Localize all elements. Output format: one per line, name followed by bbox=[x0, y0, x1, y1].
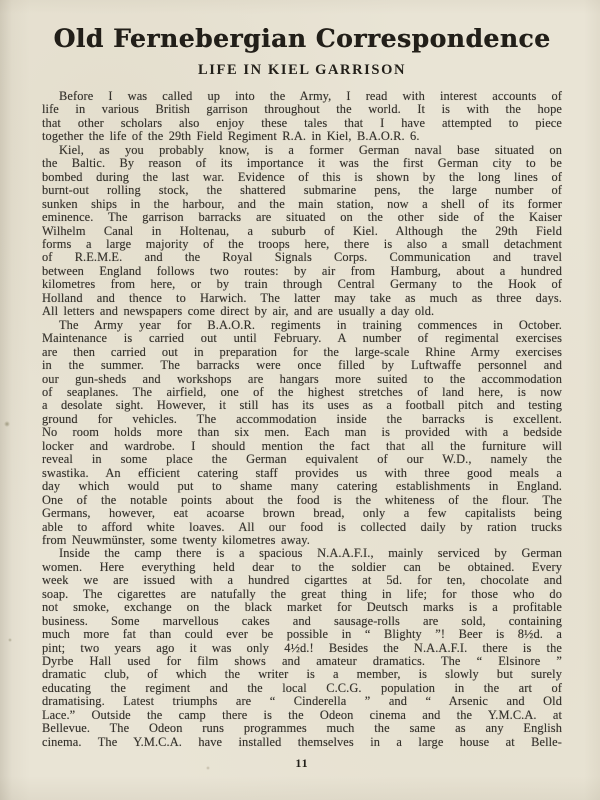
text-line: life in various British garrison through… bbox=[42, 103, 562, 116]
text-line: able to afford white loaves. All our foo… bbox=[42, 521, 562, 534]
text-line: Kiel, as you probably know, is a former … bbox=[42, 144, 562, 157]
text-line: are then carried out in preparation for … bbox=[42, 346, 562, 359]
text-line: The Army year for B.A.O.R. regiments in … bbox=[42, 319, 562, 332]
text-line: dramatic club, of which the writer is a … bbox=[42, 668, 562, 681]
text-line: women. Here everything held dear to the … bbox=[42, 561, 562, 574]
text-line: business. Some marvellous cakes and saus… bbox=[42, 615, 562, 628]
text-line: Holland and thence to Harwich. The latte… bbox=[42, 292, 562, 305]
text-line: cinema. The Y.M.C.A. have installed them… bbox=[42, 736, 562, 749]
text-line: One of the notable points about the food… bbox=[42, 494, 562, 507]
text-line: soap. The cigarettes are natufally the g… bbox=[42, 588, 562, 601]
text-line: of seaplanes. The airfield, one of the h… bbox=[42, 386, 562, 399]
page-title: Old Fernebergian Correspondence bbox=[42, 24, 562, 54]
text-line: of R.E.M.E. and the Royal Signals Corps.… bbox=[42, 251, 562, 264]
text-line: week we are issued with a hundred cigart… bbox=[42, 574, 562, 587]
scanned-page: Old Fernebergian Correspondence LIFE IN … bbox=[0, 0, 600, 800]
text-line: Dyrbe Hall used for film shows and amate… bbox=[42, 655, 562, 668]
text-line: much more fat than could ever be possibl… bbox=[42, 628, 562, 641]
text-line: Wilhelm Canal in Holtenau, a suburb of K… bbox=[42, 225, 562, 238]
text-line: swastika. An efficient catering staff pr… bbox=[42, 467, 562, 480]
text-line: kilometres from here, or by train throug… bbox=[42, 278, 562, 291]
article-body: Before I was called up into the Army, I … bbox=[42, 90, 562, 749]
text-line: that other scholars also enjoy these tal… bbox=[42, 117, 562, 130]
article: Old Fernebergian Correspondence LIFE IN … bbox=[42, 24, 562, 771]
text-line: burnt-out rolling stock, the shattered s… bbox=[42, 184, 562, 197]
text-line: from Neuwmünster, some twenty kilometres… bbox=[42, 534, 562, 547]
text-line: Germans, however, eat acoarse brown brea… bbox=[42, 507, 562, 520]
text-line: All letters and newspapers come direct b… bbox=[42, 305, 562, 318]
text-line: educating the regiment and the local C.C… bbox=[42, 682, 562, 695]
text-line: Before I was called up into the Army, I … bbox=[42, 90, 562, 103]
text-line: locker and wardrobe. I should mention th… bbox=[42, 440, 562, 453]
text-line: day which would put to shame many cateri… bbox=[42, 480, 562, 493]
text-line: forms a large majority of the troops her… bbox=[42, 238, 562, 251]
text-line: our gun-sheds and workshops are hangars … bbox=[42, 373, 562, 386]
text-line: sunken ships in the harbour, and the mai… bbox=[42, 198, 562, 211]
text-line: Lace.” Outside the camp there is the Ode… bbox=[42, 709, 562, 722]
text-line: No room holds more than six men. Each ma… bbox=[42, 426, 562, 439]
text-line: Maintenance is carried out until Februar… bbox=[42, 332, 562, 345]
text-line: eminence. The garrison barracks are situ… bbox=[42, 211, 562, 224]
text-line: dramatising. Latest triumphs are “ Cinde… bbox=[42, 695, 562, 708]
text-line: the Baltic. By reason of its importance … bbox=[42, 157, 562, 170]
text-line: reveal in some place the German equivale… bbox=[42, 453, 562, 466]
text-line: bombed during the last war. Evidence of … bbox=[42, 171, 562, 184]
text-line: not smoke, exchange on the black market … bbox=[42, 601, 562, 614]
text-line: a desolate sight. However, it still has … bbox=[42, 399, 562, 412]
article-heading: LIFE IN KIEL GARRISON bbox=[42, 61, 562, 79]
text-line: Inside the camp there is a spacious N.A.… bbox=[42, 547, 562, 560]
text-line: pint; two years ago it was only 4½d.! Be… bbox=[42, 642, 562, 655]
text-line: ground for vehicles. The accommodation i… bbox=[42, 413, 562, 426]
text-line: Bellevue. The Odeon runs programmes much… bbox=[42, 722, 562, 735]
page-number: 11 bbox=[42, 756, 562, 771]
text-line: in the summer. The barracks were once fi… bbox=[42, 359, 562, 372]
text-line: together the life of the 29th Field Regi… bbox=[42, 130, 562, 143]
text-line: between England follows two routes: by a… bbox=[42, 265, 562, 278]
